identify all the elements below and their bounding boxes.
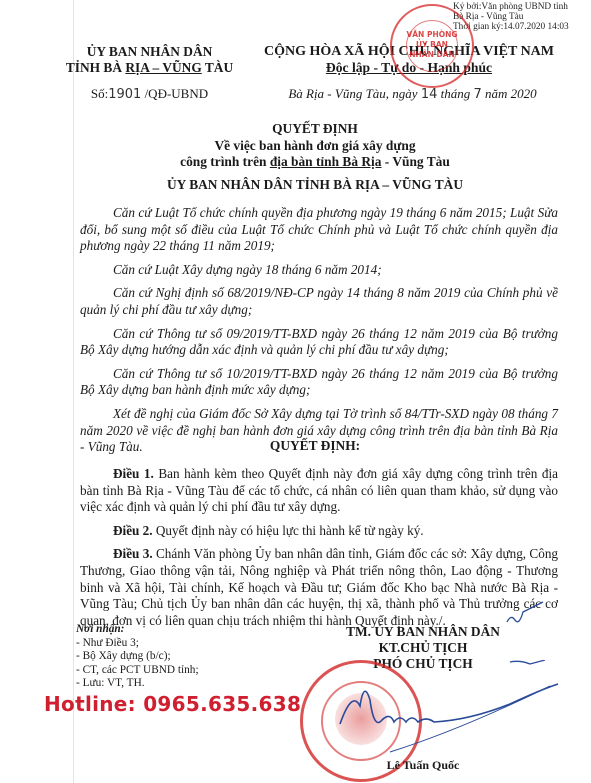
subject-line2: công trình trên địa bàn tỉnh Bà Rịa - Vũ… [80,154,550,171]
article-text: Chánh Văn phòng Ủy ban nhân dân tỉnh, Gi… [80,546,558,627]
signed-by: Ký bởi:Văn phòng UBND tỉnh [453,2,583,12]
doc-no-value: 1901 [108,87,141,102]
recipient-item: - Bộ Xây dựng (b/c); [76,650,199,664]
article-label: Điều 3. [113,546,153,561]
recipient-item: - Như Điều 3; [76,637,199,651]
signed-province: Bà Rịa - Vũng Tàu [453,12,583,22]
signed-time: Thời gian ký:14.07.2020 14:03 [453,22,583,32]
basis-item: Căn cứ Luật Xây dựng ngày 18 tháng 6 năm… [80,262,558,279]
date-month: 7 [474,87,482,102]
legal-basis: Căn cứ Luật Tổ chức chính quyền địa phươ… [80,205,558,463]
office-stamp: VĂN PHÒNG ỦY BAN NHÂN DÂN [390,4,474,88]
document-number: Số:1901 /QĐ-UBND [62,86,237,102]
org-line2-suffix: TÀU [202,60,233,75]
org-line2-prefix: TỈNH BÀ [66,60,126,75]
doc-no-label: Số: [91,86,108,101]
basis-item: Căn cứ Luật Tổ chức chính quyền địa phươ… [80,205,558,255]
stamp-line2: ỦY BAN [392,40,472,50]
basis-item: Căn cứ Nghị định số 68/2019/NĐ-CP ngày 1… [80,285,558,318]
hotline-watermark: Hotline: 0965.635.638 [44,692,301,716]
article-label: Điều 2. [113,523,153,538]
stamp-line3: NHÂN DÂN [392,50,472,60]
article-2: Điều 2. Quyết định này có hiệu lực thi h… [80,523,558,540]
basis-item: Căn cứ Thông tư số 09/2019/TT-BXD ngày 2… [80,326,558,359]
org-line2: TỈNH BÀ RỊA – VŨNG TÀU [62,60,237,76]
digital-signature-info: Ký bởi:Văn phòng UBND tỉnh Bà Rịa - Vũng… [453,2,583,32]
recipients-heading: Nơi nhận: [76,623,199,637]
date-day: 14 [421,87,438,102]
decision-heading: QUYẾT ĐỊNH: [80,438,550,454]
recipient-item: - CT, các PCT UBND tỉnh; [76,664,199,678]
recipients: Nơi nhận: - Như Điều 3; - Bộ Xây dựng (b… [76,623,199,691]
stamp-text: VĂN PHÒNG ỦY BAN NHÂN DÂN [392,30,472,60]
issue-date: Bà Rịa - Vũng Tàu, ngày 14 tháng 7 năm 2… [255,86,570,102]
article-3: Điều 3. Chánh Văn phòng Ủy ban nhân dân … [80,546,558,629]
article-label: Điều 1. [113,466,154,481]
handwritten-signature-icon [330,660,570,760]
subject-line2-underlined: địa bàn tỉnh Bà Rịa [270,154,382,169]
title-heading: QUYẾT ĐỊNH [80,121,550,138]
issuing-authority: ỦY BAN NHÂN DÂN TỈNH BÀ RỊA – VŨNG TÀU [80,177,550,193]
article-1: Điều 1. Ban hành kèm theo Quyết định này… [80,466,558,516]
articles: Điều 1. Ban hành kèm theo Quyết định này… [80,466,558,636]
date-month-label: tháng [437,86,473,101]
page-fold-line [73,0,74,783]
sign-line2: KT.CHỦ TỊCH [318,640,528,656]
subject-line1: Về việc ban hành đơn giá xây dựng [80,138,550,155]
date-prefix: Bà Rịa - Vũng Tàu, ngày [288,86,421,101]
subject-line2-prefix: công trình trên [180,154,270,169]
article-text: Quyết định này có hiệu lực thi hành kể t… [153,523,424,538]
subject-line2-suffix: - Vũng Tàu [381,154,449,169]
doc-no-suffix: /QĐ-UBND [141,86,208,101]
basis-item: Căn cứ Thông tư số 10/2019/TT-BXD ngày 2… [80,366,558,399]
org-line1: ỦY BAN NHÂN DÂN [62,44,237,60]
issuing-organization: ỦY BAN NHÂN DÂN TỈNH BÀ RỊA – VŨNG TÀU [62,44,237,76]
org-line2-underlined: RỊA – VŨNG [125,60,201,75]
date-year: năm 2020 [482,86,537,101]
signer-name: Lê Tuấn Quốc [318,758,528,773]
document-title: QUYẾT ĐỊNH Về việc ban hành đơn giá xây … [80,121,550,171]
recipient-item: - Lưu: VT, TH. [76,677,199,691]
sign-line1: TM. ỦY BAN NHÂN DÂN [318,624,528,640]
stamp-line1: VĂN PHÒNG [392,30,472,40]
